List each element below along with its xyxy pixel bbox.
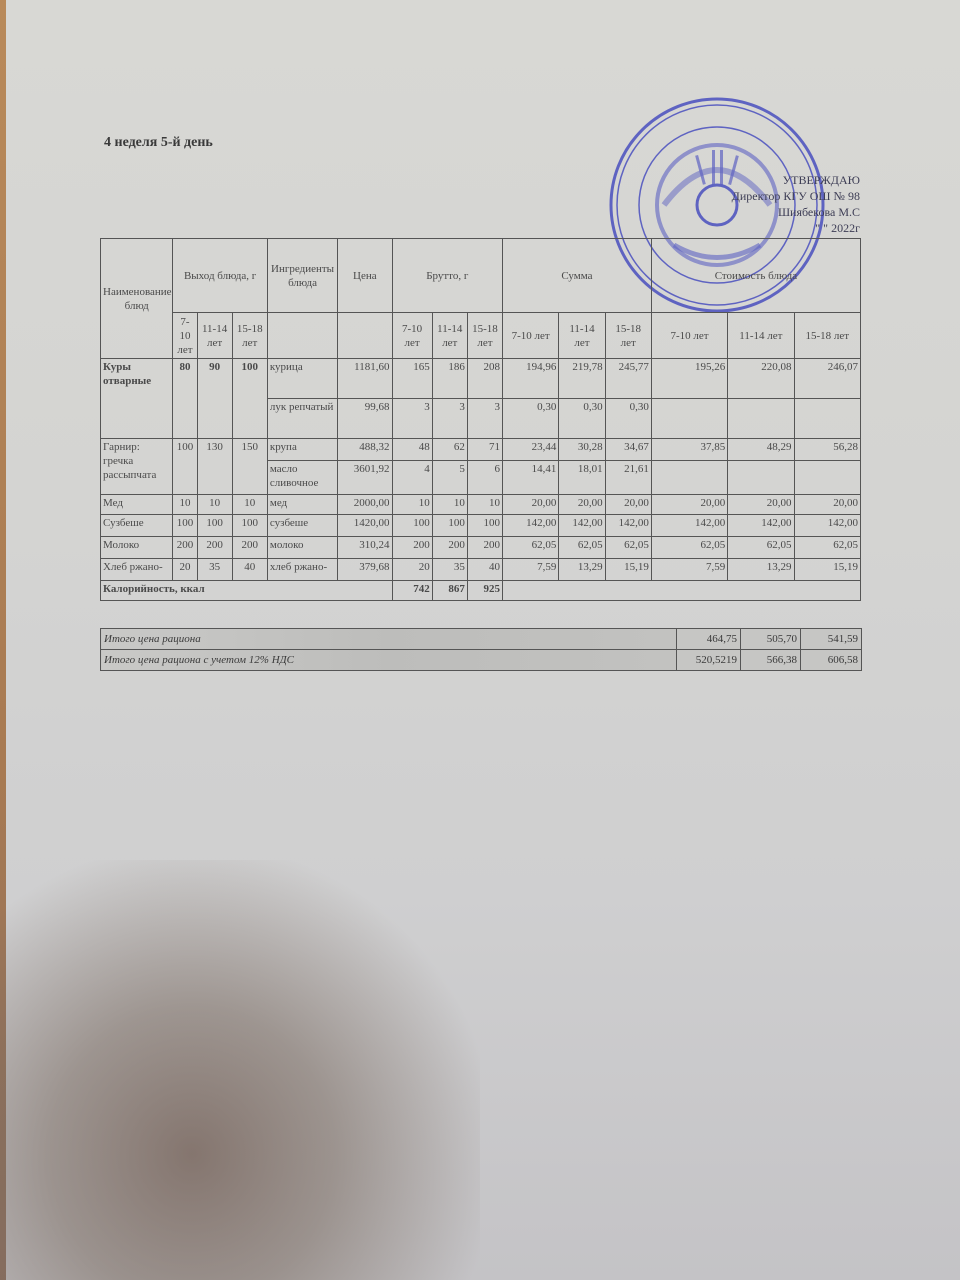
calories-label: Калорийность, ккал (101, 581, 393, 601)
ingredient-price: 488,32 (338, 439, 392, 461)
cost-value (651, 399, 727, 439)
table-row: Сузбеше100100100сузбеше1420,001001001001… (101, 515, 861, 537)
cost-value (728, 461, 794, 495)
dish-output: 40 (232, 559, 267, 581)
sum-value: 18,01 (559, 461, 605, 495)
subheader-brutto-age: 7-10 лет (392, 313, 432, 359)
cost-value: 62,05 (728, 537, 794, 559)
dish-output: 200 (173, 537, 197, 559)
brutto-value: 40 (467, 559, 502, 581)
sum-value: 142,00 (559, 515, 605, 537)
dish-output: 100 (232, 359, 267, 439)
ingredient-name: сузбеше (267, 515, 337, 537)
brutto-value: 71 (467, 439, 502, 461)
totals-value: 566,38 (741, 650, 801, 671)
cost-value: 20,00 (794, 495, 860, 515)
cost-value: 142,00 (794, 515, 860, 537)
brutto-value: 186 (432, 359, 467, 399)
sum-value: 0,30 (605, 399, 651, 439)
totals-value: 505,70 (741, 629, 801, 650)
dish-output: 20 (173, 559, 197, 581)
ingredient-name: крупа (267, 439, 337, 461)
dish-name: Сузбеше (101, 515, 173, 537)
calories-value: 867 (432, 581, 467, 601)
brutto-value: 100 (467, 515, 502, 537)
dish-name: Молоко (101, 537, 173, 559)
sum-value: 0,30 (559, 399, 605, 439)
document-title: 4 неделя 5-й день (104, 135, 213, 151)
calories-value: 742 (392, 581, 432, 601)
sum-value: 62,05 (605, 537, 651, 559)
cost-value: 142,00 (728, 515, 794, 537)
brutto-value: 4 (392, 461, 432, 495)
brutto-value: 200 (392, 537, 432, 559)
totals-value: 541,59 (801, 629, 862, 650)
cost-value: 56,28 (794, 439, 860, 461)
subheader-output-age: 7-10 лет (173, 313, 197, 359)
ingredient-price: 1420,00 (338, 515, 392, 537)
cost-value: 142,00 (651, 515, 727, 537)
table-row: Мед101010мед2000,0010101020,0020,0020,00… (101, 495, 861, 515)
cost-value: 62,05 (794, 537, 860, 559)
header-sum: Сумма (503, 239, 652, 313)
cost-value: 195,26 (651, 359, 727, 399)
table-row: Молоко200200200молоко310,2420020020062,0… (101, 537, 861, 559)
table-row: Гарнир: гречка рассыпчата100130150крупа4… (101, 439, 861, 461)
totals-row: Итого цена рациона464,75505,70541,59 (101, 629, 862, 650)
sum-value: 7,59 (503, 559, 559, 581)
sum-value: 0,30 (503, 399, 559, 439)
subheader-ingredients-empty (267, 313, 337, 359)
header-cost: Стоимость блюда (651, 239, 860, 313)
header-output: Выход блюда, г (173, 239, 267, 313)
totals-table: Итого цена рациона464,75505,70541,59Итог… (100, 628, 862, 671)
brutto-value: 200 (467, 537, 502, 559)
cost-value: 246,07 (794, 359, 860, 399)
ingredient-price: 1181,60 (338, 359, 392, 399)
subheader-cost-age: 15-18 лет (794, 313, 860, 359)
subheader-output-age: 15-18 лет (232, 313, 267, 359)
dish-output: 80 (173, 359, 197, 439)
brutto-value: 48 (392, 439, 432, 461)
ingredient-price: 310,24 (338, 537, 392, 559)
dish-output: 35 (197, 559, 232, 581)
dish-output: 10 (173, 495, 197, 515)
sum-value: 142,00 (605, 515, 651, 537)
sum-value: 13,29 (559, 559, 605, 581)
dish-output: 10 (197, 495, 232, 515)
calories-empty (503, 581, 861, 601)
ingredient-price: 2000,00 (338, 495, 392, 515)
dish-output: 100 (173, 515, 197, 537)
subheader-brutto-age: 15-18 лет (467, 313, 502, 359)
brutto-value: 10 (392, 495, 432, 515)
subheader-sum-age: 11-14 лет (559, 313, 605, 359)
menu-table: Наименование блюд Выход блюда, г Ингреди… (100, 238, 861, 601)
ingredient-name: хлеб ржано- (267, 559, 337, 581)
brutto-value: 5 (432, 461, 467, 495)
cost-value (794, 461, 860, 495)
brutto-value: 6 (467, 461, 502, 495)
brutto-value: 100 (432, 515, 467, 537)
brutto-value: 3 (467, 399, 502, 439)
cost-value (651, 461, 727, 495)
brutto-value: 20 (392, 559, 432, 581)
totals-row: Итого цена рациона с учетом 12% НДС520,5… (101, 650, 862, 671)
ingredient-price: 379,68 (338, 559, 392, 581)
subheader-sum-age: 7-10 лет (503, 313, 559, 359)
subheader-cost-age: 7-10 лет (651, 313, 727, 359)
sum-value: 142,00 (503, 515, 559, 537)
header-dish-name: Наименование блюд (101, 239, 173, 359)
dish-output: 100 (197, 515, 232, 537)
sum-value: 14,41 (503, 461, 559, 495)
header-price: Цена (338, 239, 392, 313)
brutto-value: 35 (432, 559, 467, 581)
cost-value: 15,19 (794, 559, 860, 581)
approval-position: Директор КГУ ОШ № 98 (660, 188, 860, 204)
dish-output: 90 (197, 359, 232, 439)
sum-value: 30,28 (559, 439, 605, 461)
approval-heading: УТВЕРЖДАЮ (660, 172, 860, 188)
approval-signatory: Шиябекова М.С (660, 204, 860, 220)
table-row: Куры отварные8090100курица1181,601651862… (101, 359, 861, 399)
sum-value: 245,77 (605, 359, 651, 399)
subheader-sum-age: 15-18 лет (605, 313, 651, 359)
ingredient-name: мед (267, 495, 337, 515)
cost-value (728, 399, 794, 439)
ingredient-name: молоко (267, 537, 337, 559)
header-brutto: Брутто, г (392, 239, 503, 313)
cost-value (794, 399, 860, 439)
dish-output: 130 (197, 439, 232, 495)
header-ingredients: Ингредиенты блюда (267, 239, 337, 313)
brutto-value: 10 (432, 495, 467, 515)
dish-output: 100 (173, 439, 197, 495)
cost-value: 20,00 (651, 495, 727, 515)
dish-name: Хлеб ржано- (101, 559, 173, 581)
sum-value: 23,44 (503, 439, 559, 461)
brutto-value: 3 (432, 399, 467, 439)
totals-value: 520,5219 (677, 650, 741, 671)
dish-output: 200 (232, 537, 267, 559)
brutto-value: 100 (392, 515, 432, 537)
sum-value: 20,00 (559, 495, 605, 515)
dish-name: Мед (101, 495, 173, 515)
totals-value: 606,58 (801, 650, 862, 671)
ingredient-name: курица (267, 359, 337, 399)
sum-value: 21,61 (605, 461, 651, 495)
dish-name: Гарнир: гречка рассыпчата (101, 439, 173, 495)
dish-output: 150 (232, 439, 267, 495)
cost-value: 37,85 (651, 439, 727, 461)
ingredient-name: лук репчатый (267, 399, 337, 439)
sum-value: 194,96 (503, 359, 559, 399)
sum-value: 20,00 (503, 495, 559, 515)
sum-value: 62,05 (503, 537, 559, 559)
brutto-value: 165 (392, 359, 432, 399)
totals-label: Итого цена рациона с учетом 12% НДС (101, 650, 677, 671)
sum-value: 15,19 (605, 559, 651, 581)
dish-output: 200 (197, 537, 232, 559)
subheader-price-empty (338, 313, 392, 359)
brutto-value: 208 (467, 359, 502, 399)
cost-value: 13,29 (728, 559, 794, 581)
totals-label: Итого цена рациона (101, 629, 677, 650)
cost-value: 62,05 (651, 537, 727, 559)
dish-output: 100 (232, 515, 267, 537)
brutto-value: 10 (467, 495, 502, 515)
ingredient-name: масло сливочное (267, 461, 337, 495)
ingredient-price: 3601,92 (338, 461, 392, 495)
cost-value: 20,00 (728, 495, 794, 515)
dish-name: Куры отварные (101, 359, 173, 439)
cost-value: 7,59 (651, 559, 727, 581)
subheader-output-age: 11-14 лет (197, 313, 232, 359)
calories-row: Калорийность, ккал742867925 (101, 581, 861, 601)
cost-value: 48,29 (728, 439, 794, 461)
brutto-value: 200 (432, 537, 467, 559)
subheader-cost-age: 11-14 лет (728, 313, 794, 359)
sum-value: 219,78 (559, 359, 605, 399)
dish-output: 10 (232, 495, 267, 515)
cost-value: 220,08 (728, 359, 794, 399)
approval-date: " " 2022г (660, 220, 860, 236)
calories-value: 925 (467, 581, 502, 601)
brutto-value: 62 (432, 439, 467, 461)
totals-value: 464,75 (677, 629, 741, 650)
table-row: Хлеб ржано-203540хлеб ржано-379,68203540… (101, 559, 861, 581)
sum-value: 34,67 (605, 439, 651, 461)
sum-value: 20,00 (605, 495, 651, 515)
sum-value: 62,05 (559, 537, 605, 559)
approval-block: УТВЕРЖДАЮ Директор КГУ ОШ № 98 Шиябекова… (660, 172, 860, 236)
brutto-value: 3 (392, 399, 432, 439)
ingredient-price: 99,68 (338, 399, 392, 439)
subheader-brutto-age: 11-14 лет (432, 313, 467, 359)
